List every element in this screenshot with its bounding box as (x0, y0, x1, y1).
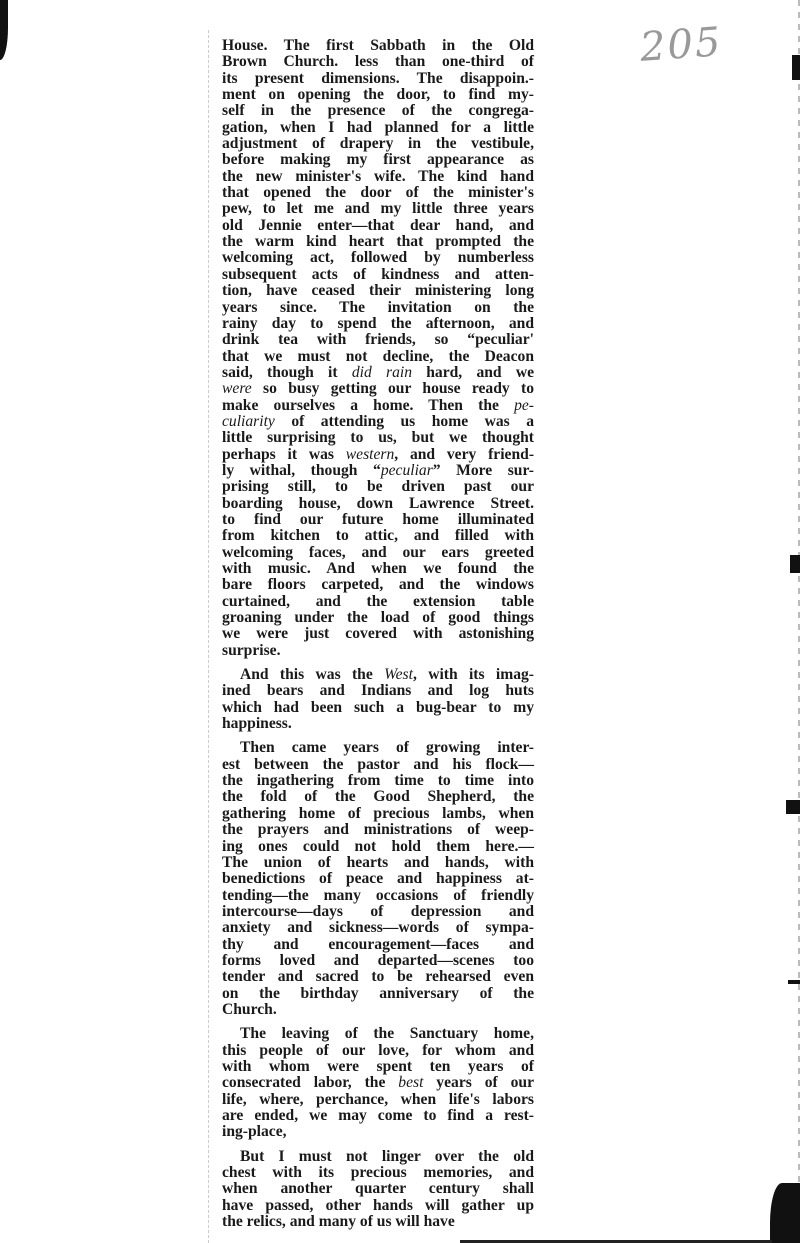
text-line: drink tea with friends, so “peculiar' (222, 332, 534, 348)
text-line: are ended, we may come to find a rest- (222, 1108, 534, 1124)
text-line: bare floors carpeted, and the windows (222, 577, 534, 593)
text-line: self in the presence of the congrega- (222, 103, 534, 119)
article-paragraph: House. The first Sabbath in the OldBrown… (222, 38, 534, 659)
text-line: prising still, to be driven past our (222, 479, 534, 495)
text-line: welcoming act, followed by numberless (222, 250, 534, 266)
text-line: ly withal, though “peculiar” More sur- (222, 463, 534, 479)
text-line: which had been such a bug-bear to my (222, 700, 534, 716)
text-line: the relics, and many of us will have (222, 1214, 534, 1230)
text-line: And this was the West, with its imag- (222, 667, 534, 683)
text-line: benedictions of peace and happiness at- (222, 871, 534, 887)
text-line: gation, when I had planned for a little (222, 120, 534, 136)
text-line: life, where, perchance, when life's labo… (222, 1092, 534, 1108)
text-line: from kitchen to attic, and filled with (222, 528, 534, 544)
text-line: on the birthday anniversary of the (222, 986, 534, 1002)
text-line: we were just covered with astonishing (222, 626, 534, 642)
text-line: the new minister's wife. The kind hand (222, 169, 534, 185)
text-line: culiarity of attending us home was a (222, 414, 534, 430)
text-line: adjustment of drapery in the vestibule, (222, 136, 534, 152)
text-line: with whom were spent ten years of (222, 1059, 534, 1075)
text-line: boarding house, down Lawrence Street. (222, 496, 534, 512)
text-line: The union of hearts and hands, with (222, 855, 534, 871)
text-line: perhaps it was western, and very friend- (222, 447, 534, 463)
text-line: the fold of the Good Shepherd, the (222, 789, 534, 805)
text-line: est between the pastor and his flock— (222, 757, 534, 773)
article-column: House. The first Sabbath in the OldBrown… (222, 38, 534, 1238)
text-line: welcoming faces, and our ears greeted (222, 545, 534, 561)
text-line: anxiety and sickness—words of sympa- (222, 920, 534, 936)
text-line: tender and sacred to be rehearsed even (222, 969, 534, 985)
text-line: The leaving of the Sanctuary home, (222, 1026, 534, 1042)
text-line: tion, have ceased their ministering long (222, 283, 534, 299)
scan-artifact (786, 800, 800, 814)
text-line: curtained, and the extension table (222, 594, 534, 610)
text-line: the warm kind heart that prompted the (222, 234, 534, 250)
text-line: ined bears and Indians and log huts (222, 683, 534, 699)
text-line: this people of our love, for whom and (222, 1043, 534, 1059)
text-line: the ingathering from time to time into (222, 773, 534, 789)
article-paragraph: And this was the West, with its imag-ine… (222, 667, 534, 732)
text-line: Church. (222, 1002, 534, 1018)
scan-border-top-left (0, 0, 8, 60)
text-line: forms loved and departed—scenes too (222, 953, 534, 969)
scan-artifact (790, 555, 800, 573)
text-line: rainy day to spend the afternoon, and (222, 316, 534, 332)
article-paragraph: The leaving of the Sanctuary home,this p… (222, 1026, 534, 1140)
text-line: with music. And when we found the (222, 561, 534, 577)
text-line: groaning under the load of good things (222, 610, 534, 626)
article-paragraph: Then came years of growing inter-est bet… (222, 740, 534, 1018)
text-line: consecrated labor, the best years of our (222, 1075, 534, 1091)
text-line: ing ones could not hold them here.— (222, 839, 534, 855)
scan-artifact (792, 55, 800, 80)
text-line: thy and encouragement—faces and (222, 937, 534, 953)
text-line: ment on opening the door, to find my- (222, 87, 534, 103)
text-line: little surprising to us, but we thought (222, 430, 534, 446)
text-line: were so busy getting our house ready to (222, 381, 534, 397)
text-line: old Jennie enter—that dear hand, and (222, 218, 534, 234)
text-line: intercourse—days of depression and (222, 904, 534, 920)
text-line: happiness. (222, 716, 534, 732)
text-line: Then came years of growing inter- (222, 740, 534, 756)
text-line: tending—the many occasions of friendly (222, 888, 534, 904)
text-line: the prayers and ministrations of weep- (222, 822, 534, 838)
text-line: that opened the door of the minister's (222, 185, 534, 201)
scan-artifact (788, 980, 800, 984)
text-line: that we must not decline, the Deacon (222, 349, 534, 365)
text-line: its present dimensions. The disappoin.- (222, 71, 534, 87)
text-line: to find our future home illuminated (222, 512, 534, 528)
text-line: gathering home of precious lambs, when (222, 806, 534, 822)
text-line: But I must not linger over the old (222, 1149, 534, 1165)
text-line: before making my first appearance as (222, 152, 534, 168)
scan-border-bottom-right (770, 1183, 800, 1243)
article-paragraph: But I must not linger over the oldchest … (222, 1149, 534, 1231)
text-line: when another quarter century shall (222, 1181, 534, 1197)
text-line: House. The first Sabbath in the Old (222, 38, 534, 54)
text-line: have passed, other hands will gather up (222, 1198, 534, 1214)
text-line: surprise. (222, 643, 534, 659)
text-line: make ourselves a home. Then the pe- (222, 398, 534, 414)
text-line: subsequent acts of kindness and atten- (222, 267, 534, 283)
text-line: pew, to let me and my little three years (222, 201, 534, 217)
text-line: Brown Church. less than one-third of (222, 54, 534, 70)
text-line: said, though it did rain hard, and we (222, 365, 534, 381)
text-line: chest with its precious memories, and (222, 1165, 534, 1181)
text-line: years since. The invitation on the (222, 300, 534, 316)
handwritten-page-number: 205 (638, 19, 723, 71)
text-line: ing-place, (222, 1124, 534, 1140)
